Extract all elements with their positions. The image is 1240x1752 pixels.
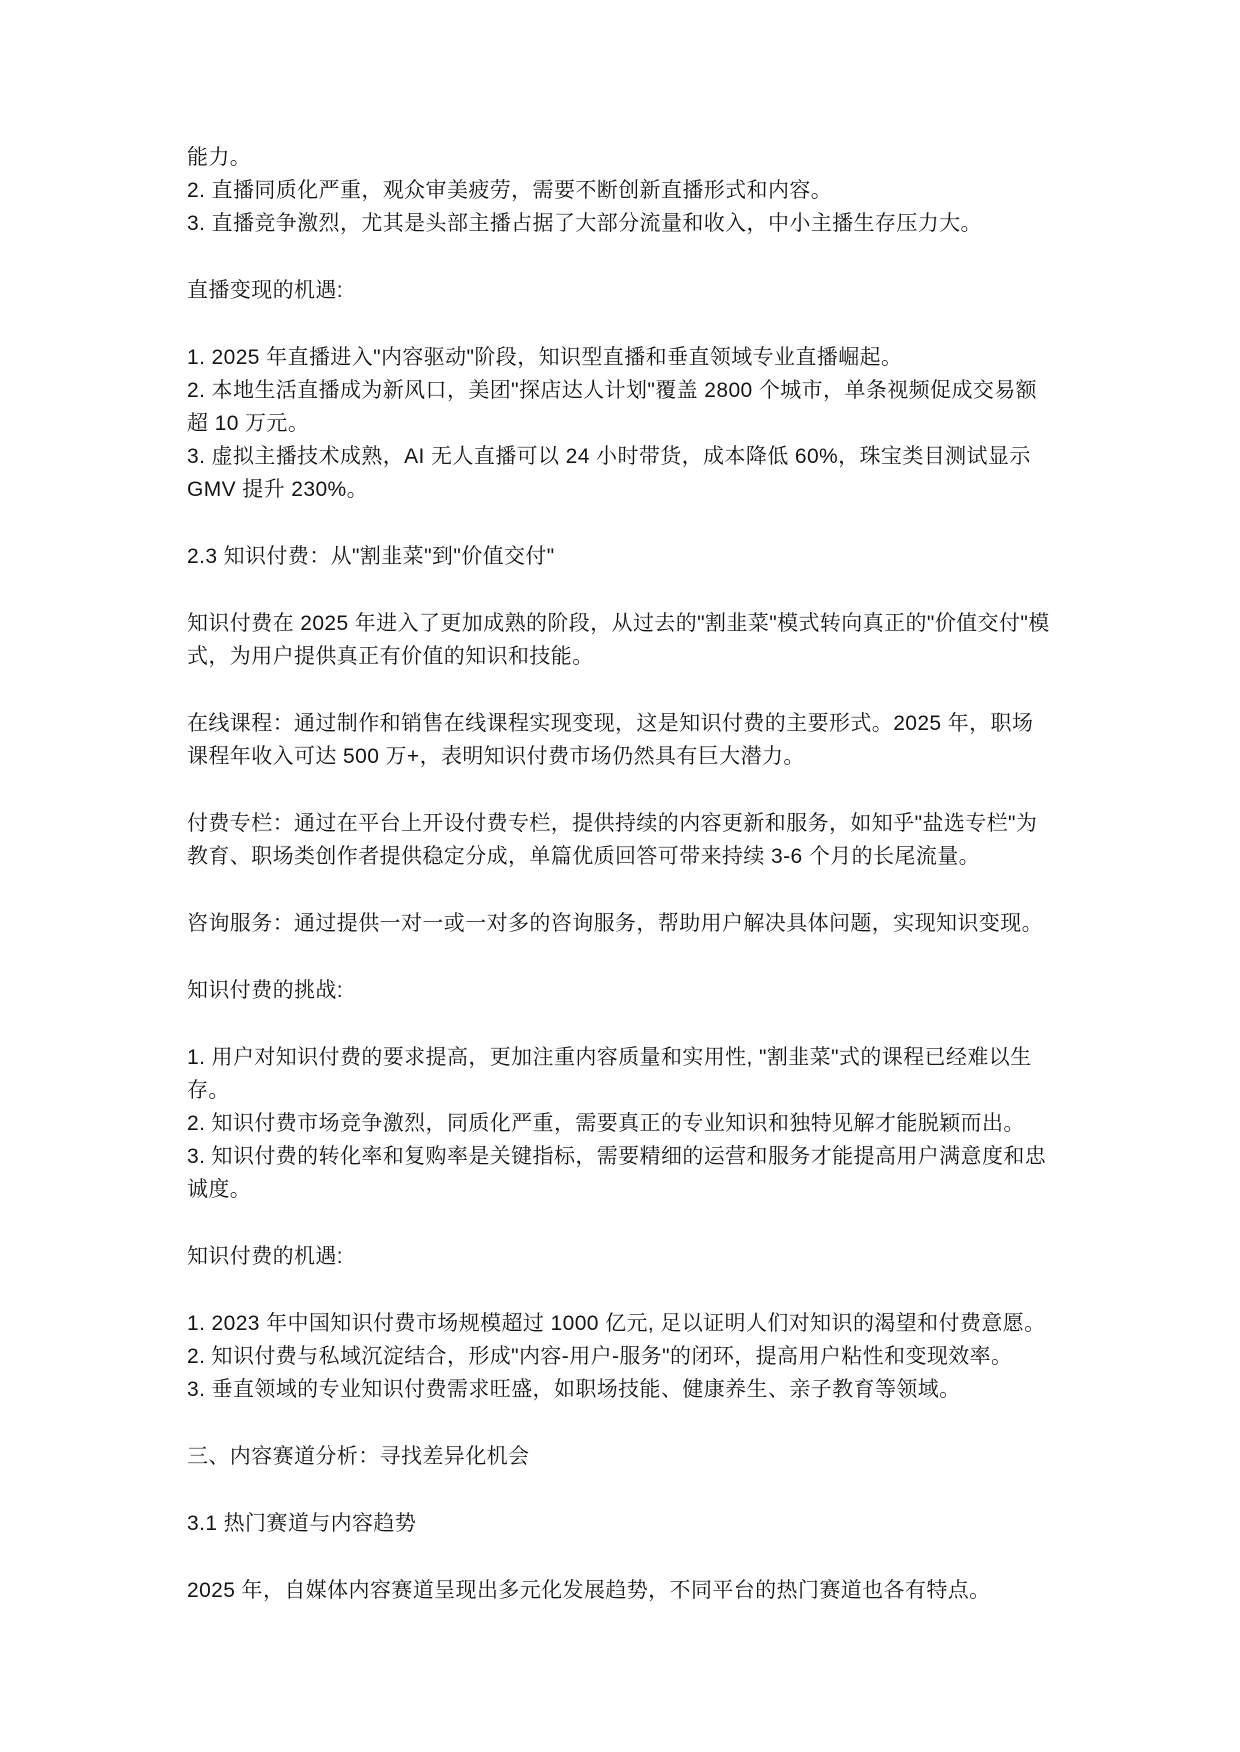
list-item-knowledge-challenge-1: 1. 用户对知识付费的要求提高，更加注重内容质量和实用性, "割韭菜"式的课程已… xyxy=(187,1041,1053,1107)
section-label-knowledge-challenges: 知识付费的挑战: xyxy=(187,974,1053,1007)
paragraph-knowledge-payment-intro: 知识付费在 2025 年进入了更加成熟的阶段，从过去的"割韭菜"模式转向真正的"… xyxy=(187,607,1053,673)
list-item-knowledge-opportunity-3: 3. 垂直领域的专业知识付费需求旺盛，如职场技能、健康养生、亲子教育等领域。 xyxy=(187,1373,1053,1406)
list-item-knowledge-challenge-2: 2. 知识付费市场竞争激烈，同质化严重，需要真正的专业知识和独特见解才能脱颖而出… xyxy=(187,1107,1053,1140)
list-item-live-challenge-3: 3. 直播竞争激烈，尤其是头部主播占据了大部分流量和收入，中小主播生存压力大。 xyxy=(187,207,1053,240)
list-item-knowledge-challenge-3: 3. 知识付费的转化率和复购率是关键指标，需要精细的运营和服务才能提高用户满意度… xyxy=(187,1140,1053,1206)
paragraph-online-courses: 在线课程：通过制作和销售在线课程实现变现，这是知识付费的主要形式。2025 年，… xyxy=(187,707,1053,773)
paragraph-tracks-overview: 2025 年，自媒体内容赛道呈现出多元化发展趋势，不同平台的热门赛道也各有特点。 xyxy=(187,1574,1053,1607)
list-item-knowledge-opportunity-2: 2. 知识付费与私域沉淀结合，形成"内容-用户-服务"的闭环，提高用户粘性和变现… xyxy=(187,1340,1053,1373)
section-label-live-opportunities: 直播变现的机遇: xyxy=(187,274,1053,307)
heading-hot-tracks-trends: 3.1 热门赛道与内容趋势 xyxy=(187,1507,1053,1540)
paragraph-paid-columns: 付费专栏：通过在平台上开设付费专栏，提供持续的内容更新和服务，如知乎"盐选专栏"… xyxy=(187,807,1053,873)
list-item-live-opportunity-2: 2. 本地生活直播成为新风口，美团"探店达人计划"覆盖 2800 个城市，单条视… xyxy=(187,374,1053,440)
heading-content-track-analysis: 三、内容赛道分析：寻找差异化机会 xyxy=(187,1440,1053,1473)
heading-knowledge-payment: 2.3 知识付费：从"割韭菜"到"价值交付" xyxy=(187,540,1053,573)
list-item-live-opportunity-1: 1. 2025 年直播进入"内容驱动"阶段，知识型直播和垂直领域专业直播崛起。 xyxy=(187,341,1053,374)
list-item-live-challenge-2: 2. 直播同质化严重，观众审美疲劳，需要不断创新直播形式和内容。 xyxy=(187,174,1053,207)
paragraph-consulting-services: 咨询服务：通过提供一对一或一对多的咨询服务，帮助用户解决具体问题，实现知识变现。 xyxy=(187,907,1053,940)
section-label-knowledge-opportunities: 知识付费的机遇: xyxy=(187,1240,1053,1273)
list-item-live-opportunity-3: 3. 虚拟主播技术成熟，AI 无人直播可以 24 小时带货，成本降低 60%，珠… xyxy=(187,440,1053,506)
list-item-knowledge-opportunity-1: 1. 2023 年中国知识付费市场规模超过 1000 亿元, 足以证明人们对知识… xyxy=(187,1307,1053,1340)
document-content: 能力。 2. 直播同质化严重，观众审美疲劳，需要不断创新直播形式和内容。 3. … xyxy=(187,141,1053,1607)
paragraph-continuation: 能力。 xyxy=(187,141,1053,174)
document-page: 能力。 2. 直播同质化严重，观众审美疲劳，需要不断创新直播形式和内容。 3. … xyxy=(0,0,1240,1752)
